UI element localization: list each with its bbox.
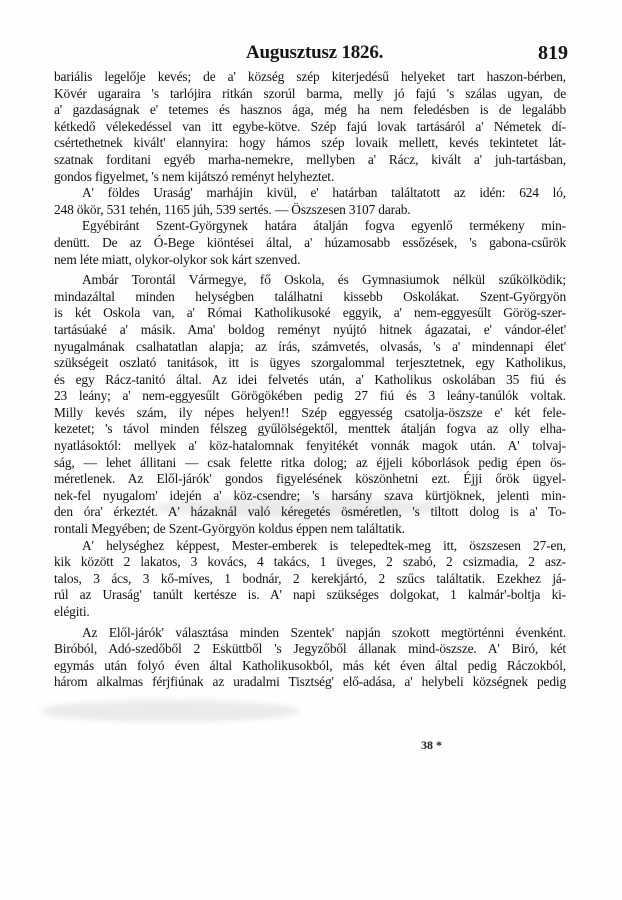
text-line: bariális legelője kevés; de a' község sz… (54, 69, 566, 86)
text-line: nek-fel nyugalom' idején a' köz-csendre;… (54, 488, 566, 505)
text-line: méretlenek. Az Elől-járók' gondos figyel… (54, 471, 566, 488)
text-line: egymás után folyó éven által Katholikuso… (54, 658, 566, 675)
text-line: kik között 2 lakatos, 3 kovács, 4 takács… (54, 554, 566, 571)
paragraph: Ambár Torontál Vármegye, fő Oskola, és G… (54, 272, 566, 538)
paragraph: Egyébiránt Szent-Györgynek határa átaljá… (54, 218, 566, 268)
text-line: talos, 3 ács, 3 kő-míves, 1 bodnár, 2 ke… (54, 571, 566, 588)
text-line: mindazáltal minden helységben találhatni… (54, 289, 566, 306)
text-line: szükségeit oszlató tanitások, itt is ügy… (54, 355, 566, 372)
text-line: elégiti. (54, 604, 566, 621)
text-line: Ambár Torontál Vármegye, fő Oskola, és G… (54, 272, 566, 289)
text-line: tartásúaké a' másik. Ama' boldog reményt… (54, 322, 566, 339)
text-line: 248 ökör, 531 tehén, 1165 júh, 539 serté… (54, 202, 566, 219)
text-line: denütt. De az Ó-Bege kiöntései által, a'… (54, 235, 566, 252)
text-line: nem léte miatt, olykor-olykor sok kárt s… (54, 252, 566, 269)
text-line: Egyébiránt Szent-Györgynek határa átaljá… (54, 218, 566, 235)
text-line: Biróból, Adó-szedőből 2 Esküttből 's Jeg… (54, 641, 566, 658)
text-line: ság, — lehet állitani — csak felette rit… (54, 455, 566, 472)
text-line: 23 leány; a' nem-eggyesűlt Görögökében p… (54, 388, 566, 405)
scanned-book-page: Augusztusz 1826. 819 bariális legelője k… (0, 0, 622, 900)
paragraph: A' földes Uraság' marhájin kivül, e' hat… (54, 185, 566, 218)
text-line: három alkalmas férjfiúnak az uradalmi Ti… (54, 674, 566, 691)
text-line: szatnak forditani egyéb marha-nemekre, m… (54, 152, 566, 169)
text-line: rontali Megyében; de Szent-Györgyön kold… (54, 521, 566, 538)
signature-mark: 38 * (421, 738, 442, 753)
text-line: a' gazdaságnak e' tetemes és hasznos ága… (54, 102, 566, 119)
scan-smudge (40, 700, 300, 722)
text-line: és egy Rácz-tanitó által. Az idei felvet… (54, 372, 566, 389)
text-line: kezetet; 's távol minden félszeg gyűlöls… (54, 421, 566, 438)
text-line: rúl az Uraság' tanúlt kertésze is. A' na… (54, 587, 566, 604)
text-line: Kövér ugaraira 's tarlójira ritkán szorú… (54, 86, 566, 103)
text-line: nyugalmának csalhatatlan alapja; az írás… (54, 339, 566, 356)
paragraph: Az Elől-járók' választása minden Szentek… (54, 625, 566, 691)
page-header: Augusztusz 1826. 819 (54, 42, 564, 68)
paragraph: bariális legelője kevés; de a' község sz… (54, 69, 566, 185)
text-line: gondos figyelmet, 's nem kijátszó remény… (54, 169, 566, 186)
text-line: is két Oskola van, a' Római Katholikusok… (54, 305, 566, 322)
text-line: A' helységhez képpest, Mester-emberek is… (54, 538, 566, 555)
page-number: 819 (538, 42, 568, 65)
text-line: A' földes Uraság' marhájin kivül, e' hat… (54, 185, 566, 202)
text-line: Milly kevés szám, ily népes helyen!! Szé… (54, 405, 566, 422)
running-title: Augusztusz 1826. (246, 42, 383, 64)
text-line: nyatlásoktól: mellyek a' köz-hatalomnak … (54, 438, 566, 455)
paragraph: A' helységhez képpest, Mester-emberek is… (54, 538, 566, 621)
text-line: csértethetnek kivált' elannyira: hogy há… (54, 135, 566, 152)
body-text: bariális legelője kevés; de a' község sz… (54, 69, 566, 691)
text-line: den óra' érkeztét. A' házaknál való kére… (54, 504, 566, 521)
text-line: kétkedő vélekedéssel van itt egybe-kötve… (54, 119, 566, 136)
text-line: Az Elől-járók' választása minden Szentek… (54, 625, 566, 642)
